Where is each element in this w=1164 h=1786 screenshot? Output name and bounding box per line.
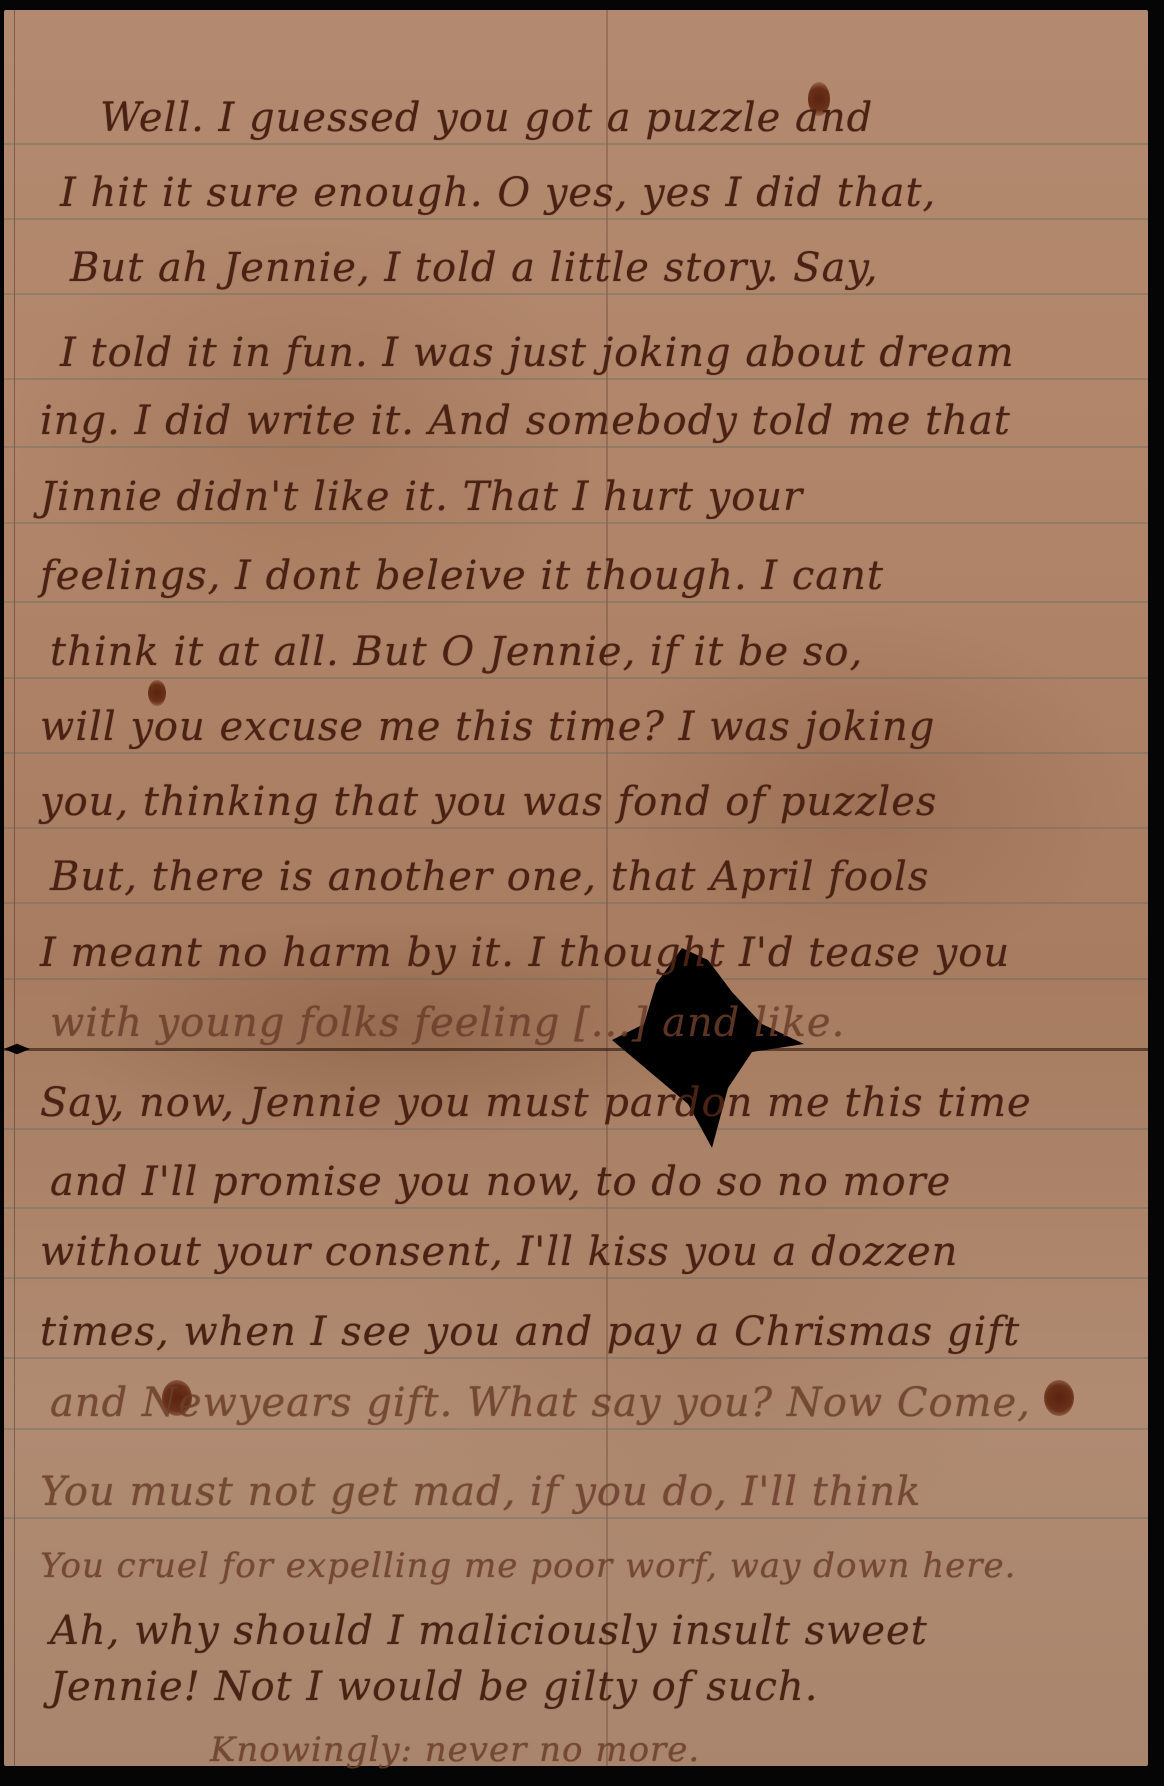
ruled-line [4,378,1148,380]
letter-line: You must not get mad, if you do, I'll th… [40,1469,921,1515]
letter-line: But, there is another one, that April fo… [50,854,929,900]
letter-line: times, when I see you and pay a Chrismas… [40,1309,1020,1355]
letter-line: Ah, why should I maliciously insult swee… [50,1608,928,1654]
letter-line: ing. I did write it. And somebody told m… [40,398,1011,444]
letter-line: Say, now, Jennie you must pardon me this… [40,1080,1032,1126]
ruled-line [4,978,1148,980]
margin-line [14,10,15,1766]
ruled-line [4,902,1148,904]
horizontal-fold [4,1048,1148,1051]
letter-line: Jinnie didn't like it. That I hurt your [40,474,803,520]
letter-line: feelings, I dont beleive it though. I ca… [40,553,884,599]
ruled-line [4,752,1148,754]
letter-line: Well. I guessed you got a puzzle and [100,95,873,141]
ruled-line [4,827,1148,829]
ruled-line [4,1428,1148,1430]
ink-stain [148,680,166,706]
ruled-line [4,143,1148,145]
ruled-line [4,1207,1148,1209]
letter-line: you, thinking that you was fond of puzzl… [40,779,937,825]
letter-line: I hit it sure enough. O yes, yes I did t… [60,170,936,216]
ruled-line [4,1277,1148,1279]
ruled-line [4,1357,1148,1359]
ruled-line [4,601,1148,603]
ruled-line [4,522,1148,524]
letter-line: You cruel for expelling me poor worf, wa… [40,1546,1016,1586]
letter-line: think it at all. But O Jennie, if it be … [50,629,863,675]
ruled-line [4,446,1148,448]
ruled-line [4,1517,1148,1519]
letter-line: and Newyears gift. What say you? Now Com… [50,1380,1031,1426]
ruled-line [4,1128,1148,1130]
letter-line: without your consent, I'll kiss you a do… [40,1229,958,1275]
ruled-line [4,677,1148,679]
letter-line: will you excuse me this time? I was joki… [40,704,935,750]
letter-line: Jennie! Not I would be gilty of such. [50,1664,818,1710]
letter-line: with young folks feeling [...] and like. [50,1000,845,1046]
letter-line: I told it in fun. I was just joking abou… [60,330,1015,376]
letter-line: and I'll promise you now, to do so no mo… [50,1159,951,1205]
ruled-line [4,218,1148,220]
letter-line: Knowingly: never no more. [210,1730,700,1770]
ink-stain [1044,1380,1074,1416]
letter-line: I meant no harm by it. I thought I'd tea… [40,930,1010,976]
letter-line: But ah Jennie, I told a little story. Sa… [70,245,878,291]
ruled-line [4,293,1148,295]
